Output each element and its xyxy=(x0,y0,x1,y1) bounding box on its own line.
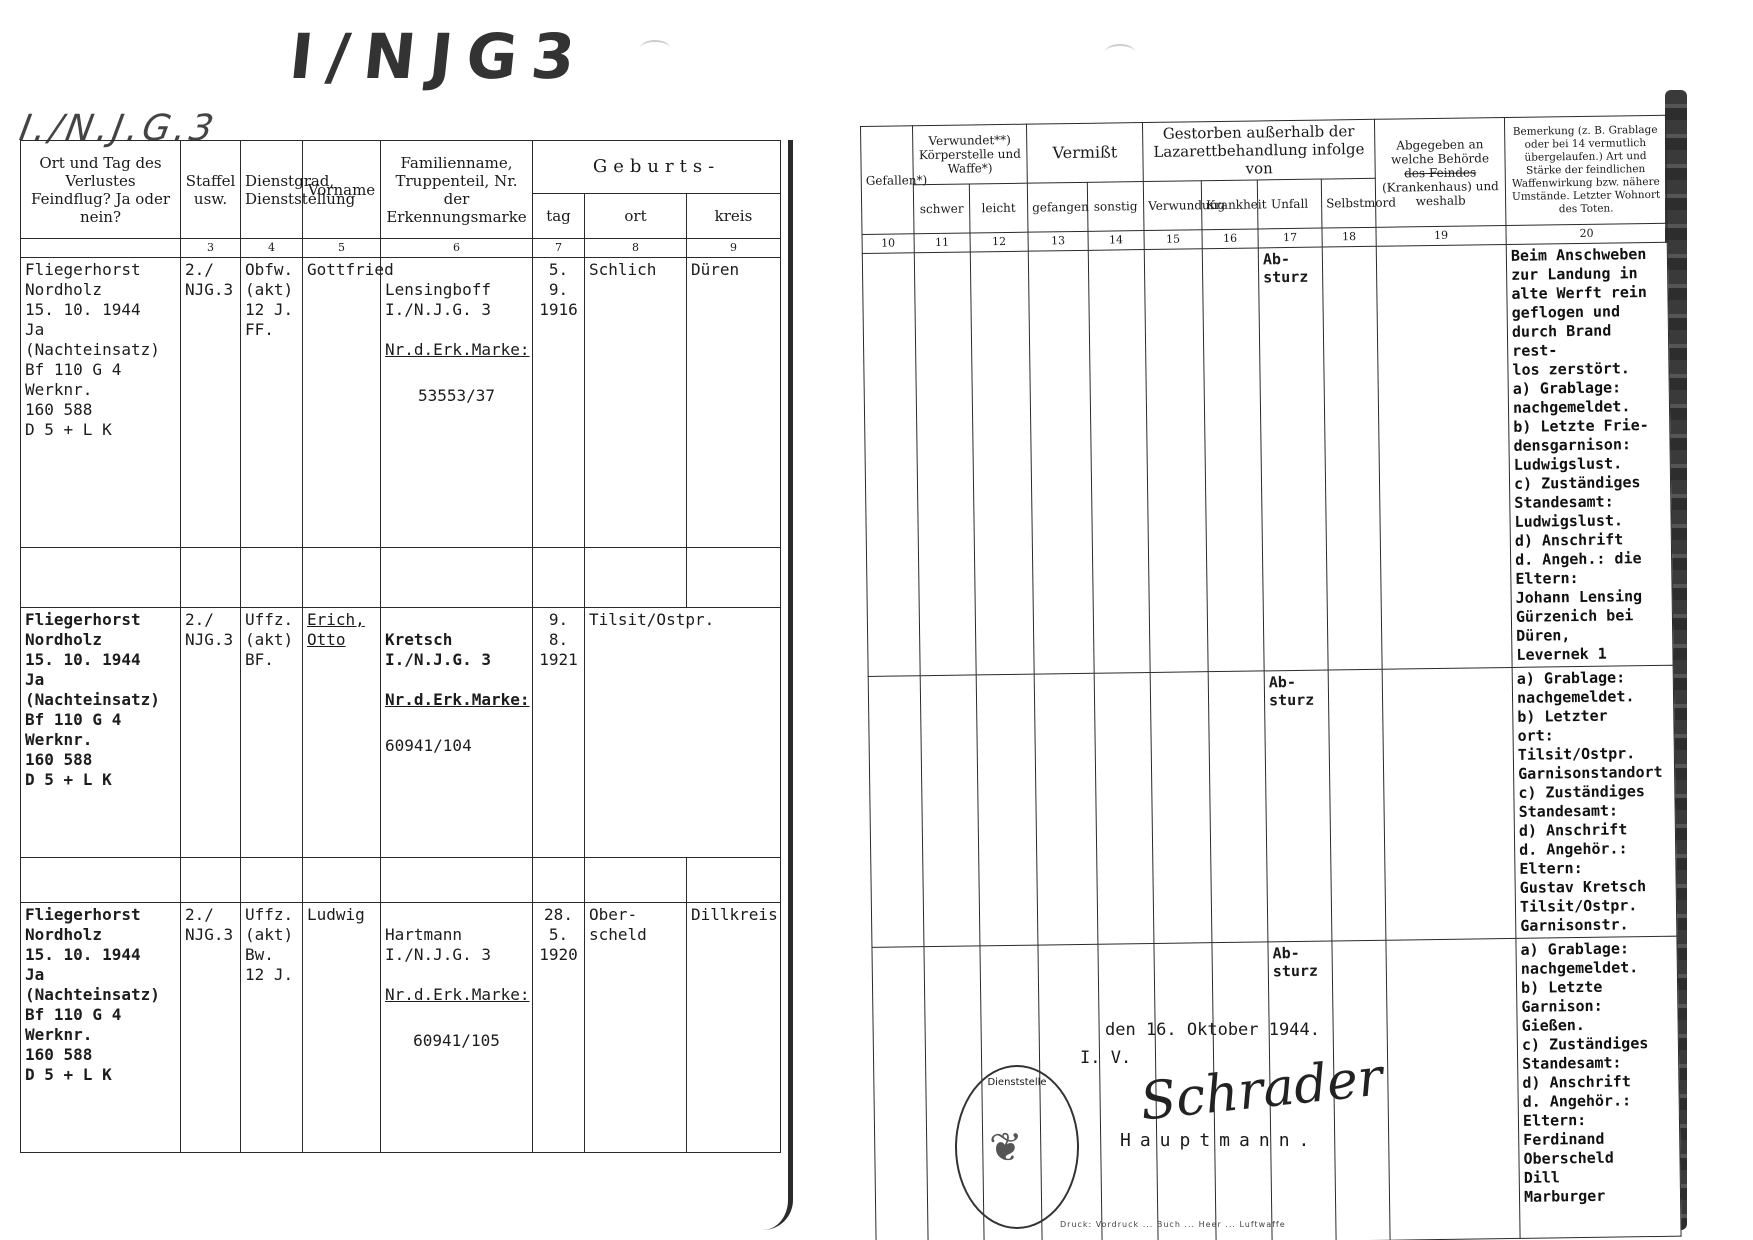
header-died-suicide: Selbstmord xyxy=(1321,178,1376,228)
header-died-group: Gestorben außerhalb der Lazarettbehandlu… xyxy=(1142,119,1375,181)
header-staffel: Staffel usw. xyxy=(181,141,241,239)
eagle-emblem-icon: ❦ xyxy=(989,1125,1023,1171)
staffel: 2./ NJG.3 xyxy=(181,608,241,858)
accident-mark: Ab- sturz xyxy=(1264,670,1332,942)
birth-district: Dillkreis xyxy=(687,903,781,1153)
punch-hole-mark xyxy=(1105,44,1135,60)
column-number: 10 xyxy=(862,234,914,254)
remarks-entry-2: a) Grablage: nachgemeldet. b) Letzter or… xyxy=(1512,665,1677,938)
column-number: 8 xyxy=(585,239,687,258)
column-number: 13 xyxy=(1028,231,1088,251)
header-wounded-light: leicht xyxy=(969,183,1028,233)
family-name: Hartmann I./N.J.G. 3 xyxy=(385,925,528,965)
family-name: Kretsch I./N.J.G. 3 xyxy=(385,630,528,670)
header-birth-group: Geburts- xyxy=(533,141,781,194)
casualty-table-left: Ort und Tag des Verlustes Feindflug? Ja … xyxy=(20,140,781,1153)
header-birth-place: ort xyxy=(585,194,687,239)
casualty-row: Fliegerhorst Nordholz 15. 10. 1944 Ja (N… xyxy=(21,903,781,1153)
birth-place: Ober- scheld xyxy=(585,903,687,1153)
rank: Obfw. (akt) 12 J. FF. xyxy=(241,258,303,548)
column-number: 6 xyxy=(381,239,533,258)
header-wounded-group: Verwundet**) Körperstelle und Waffe*) xyxy=(913,124,1028,185)
casualty-row-right: Ab- sturz Beim Anschweben zur Landung in… xyxy=(862,242,1673,676)
staffel: 2./ NJG.3 xyxy=(181,903,241,1153)
handed-over-line1: Abgegeben an welche Behörde xyxy=(1379,137,1500,167)
signature-date: den 16. Oktober 1944. xyxy=(1105,1020,1320,1040)
casualty-row: Fliegerhorst Nordholz 15. 10. 1944 Ja (N… xyxy=(21,258,781,548)
handed-over-line2: (Krankenhaus) und weshalb xyxy=(1380,179,1501,209)
first-name: Gottfried xyxy=(303,258,381,548)
birth-place: Tilsit/Ostpr. xyxy=(585,608,781,858)
header-first-name: Vorname xyxy=(303,141,381,239)
accident-mark: Ab- sturz xyxy=(1258,247,1328,671)
birth-date: 28. 5. 1920 xyxy=(533,903,585,1153)
family-name-cell: Hartmann I./N.J.G. 3 Nr.d.Erk.Marke: 609… xyxy=(381,903,533,1153)
first-name: Ludwig xyxy=(303,903,381,1153)
form-print-line: Druck: Vordruck ... Buch ... Heer ... Lu… xyxy=(1060,1220,1286,1229)
punch-hole-mark xyxy=(640,40,670,56)
column-number: 18 xyxy=(1322,227,1376,247)
rank: Uffz. (akt) BF. xyxy=(241,608,303,858)
id-tag-label: Nr.d.Erk.Marke: xyxy=(385,985,528,1005)
signatory-rank: Hauptmann. xyxy=(1120,1130,1318,1151)
header-died-wound: Verwundung xyxy=(1143,181,1202,231)
header-missing-other: sonstig xyxy=(1087,182,1144,232)
header-birth-day: tag xyxy=(533,194,585,239)
rank: Uffz. (akt) Bw. 12 J. xyxy=(241,903,303,1153)
column-number: 9 xyxy=(687,239,781,258)
handwritten-title: I/NJG3 xyxy=(286,20,592,93)
header-place-date: Ort und Tag des Verlustes Feindflug? Ja … xyxy=(21,141,181,239)
family-name: Lensingboff I./N.J.G. 3 xyxy=(385,280,528,320)
header-handed-over: Abgegeben an welche Behörde des Feindes … xyxy=(1374,118,1505,228)
id-tag-label: Nr.d.Erk.Marke: xyxy=(385,340,528,360)
loss-place-date: Fliegerhorst Nordholz 15. 10. 1944 Ja (N… xyxy=(21,258,181,548)
birth-district: Düren xyxy=(687,258,781,548)
header-family-name: Familienname, Truppenteil, Nr. der Erken… xyxy=(381,141,533,239)
column-number: 5 xyxy=(303,239,381,258)
first-name: Erich, Otto xyxy=(303,608,381,858)
birth-date: 5. 9. 1916 xyxy=(533,258,585,548)
birth-date: 9. 8. 1921 xyxy=(533,608,585,858)
loss-place-date: Fliegerhorst Nordholz 15. 10. 1944 Ja (N… xyxy=(21,608,181,858)
spacer-row xyxy=(21,858,781,903)
family-name-cell: Kretsch I./N.J.G. 3 Nr.d.Erk.Marke: 6094… xyxy=(381,608,533,858)
header-wounded-severe: schwer xyxy=(913,184,970,234)
column-number: 12 xyxy=(970,232,1028,252)
id-tag-number: 60941/104 xyxy=(385,736,528,756)
column-number: 15 xyxy=(1144,230,1202,250)
column-number: 16 xyxy=(1202,229,1258,249)
column-number: 14 xyxy=(1088,231,1144,251)
loss-place-date: Fliegerhorst Nordholz 15. 10. 1944 Ja (N… xyxy=(21,903,181,1153)
header-birth-district: kreis xyxy=(687,194,781,239)
spacer-row xyxy=(21,548,781,608)
header-rank: Dienstgrad, Dienststellung xyxy=(241,141,303,239)
birth-place: Schlich xyxy=(585,258,687,548)
id-tag-label: Nr.d.Erk.Marke: xyxy=(385,690,528,710)
id-tag-number: 53553/37 xyxy=(385,386,528,406)
family-name-cell: Lensingboff I./N.J.G. 3 Nr.d.Erk.Marke: … xyxy=(381,258,533,548)
remarks-entry-1: Beim Anschweben zur Landung in alte Werf… xyxy=(1506,242,1673,667)
column-number: 19 xyxy=(1376,225,1506,246)
column-number: 4 xyxy=(241,239,303,258)
header-died-illness: Krankheit xyxy=(1201,180,1258,230)
official-stamp: Dienststelle ❦ xyxy=(955,1065,1079,1229)
column-number: 20 xyxy=(1506,223,1667,244)
column-number xyxy=(21,239,181,258)
column-number: 17 xyxy=(1258,228,1322,248)
header-remarks: Bemerkung (z. B. Grablage oder bei 14 ve… xyxy=(1504,115,1666,225)
id-tag-number: 60941/105 xyxy=(385,1031,528,1051)
header-died-accident: Unfall xyxy=(1257,179,1322,229)
signature-iv: I. V. xyxy=(1080,1048,1131,1068)
casualty-row: Fliegerhorst Nordholz 15. 10. 1944 Ja (N… xyxy=(21,608,781,858)
casualty-row-right: Ab- sturz a) Grablage: nachgemeldet. b) … xyxy=(868,665,1677,947)
header-missing-group: Vermißt xyxy=(1026,123,1143,184)
column-number: 7 xyxy=(533,239,585,258)
header-captured: gefangen xyxy=(1027,182,1088,232)
column-number: 11 xyxy=(914,233,970,253)
staffel: 2./ NJG.3 xyxy=(181,258,241,548)
remarks-entry-3: a) Grablage: nachgemeldet. b) Letzte Gar… xyxy=(1516,936,1681,1238)
header-killed: Gefallen*) xyxy=(861,126,915,235)
column-number: 3 xyxy=(181,239,241,258)
